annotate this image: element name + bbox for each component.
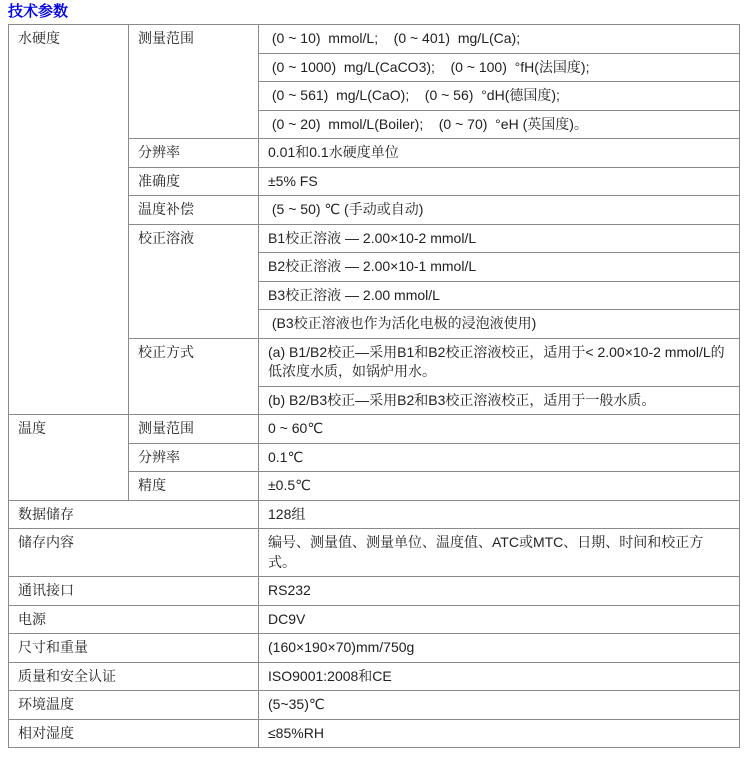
- value-cell-cal-method-a: (a) B1/B2校正—采用B1和B2校正溶液校正，适用于< 2.00×10-2…: [259, 338, 740, 386]
- value-cell-temp-precision: ±0.5℃: [259, 472, 740, 501]
- value-cell-cal-method-b: (b) B2/B3校正—采用B2和B3校正溶液校正，适用于一般水质。: [259, 386, 740, 415]
- value-cell-temp-resolution: 0.1℃: [259, 443, 740, 472]
- param-cell-cal-solution: 校正溶液: [129, 224, 259, 338]
- label-cell-ambient-temp: 环境温度: [9, 691, 259, 720]
- label-cell-power: 电源: [9, 605, 259, 634]
- value-cell-cal-b2: B2校正溶液 — 2.00×10-1 mmol/L: [259, 253, 740, 282]
- label-cell-relative-humidity: 相对湿度: [9, 719, 259, 748]
- spec-page: 技术参数 水硬度 测量范围 (0 ~ 10) mmol/L; (0 ~ 401)…: [0, 0, 750, 780]
- table-row: 质量和安全认证 ISO9001:2008和CE: [9, 662, 740, 691]
- value-cell-range-1: (0 ~ 10) mmol/L; (0 ~ 401) mg/L(Ca);: [259, 25, 740, 54]
- table-row: 相对湿度 ≤85%RH: [9, 719, 740, 748]
- category-cell-hardness: 水硬度: [9, 25, 129, 415]
- table-row: 温度 测量范围 0 ~ 60℃: [9, 415, 740, 444]
- label-cell-comm-port: 通讯接口: [9, 577, 259, 606]
- param-cell-range: 测量范围: [129, 25, 259, 139]
- value-cell-range-4: (0 ~ 20) mmol/L(Boiler); (0 ~ 70) °eH (英…: [259, 110, 740, 139]
- spec-table: 水硬度 测量范围 (0 ~ 10) mmol/L; (0 ~ 401) mg/L…: [8, 24, 740, 748]
- value-cell-relative-humidity: ≤85%RH: [259, 719, 740, 748]
- value-cell-certification: ISO9001:2008和CE: [259, 662, 740, 691]
- label-cell-storage-content: 储存内容: [9, 529, 259, 577]
- param-cell-temp-precision: 精度: [129, 472, 259, 501]
- value-cell-range-3: (0 ~ 561) mg/L(CaO); (0 ~ 56) °dH(德国度);: [259, 82, 740, 111]
- param-cell-temp-comp: 温度补偿: [129, 196, 259, 225]
- table-row: 尺寸和重量 (160×190×70)mm/750g: [9, 634, 740, 663]
- value-cell-ambient-temp: (5~35)℃: [259, 691, 740, 720]
- value-cell-cal-note: (B3校正溶液也作为活化电极的浸泡液使用): [259, 310, 740, 339]
- param-cell-cal-method: 校正方式: [129, 338, 259, 415]
- label-cell-size-weight: 尺寸和重量: [9, 634, 259, 663]
- param-cell-accuracy: 准确度: [129, 167, 259, 196]
- table-row: 水硬度 测量范围 (0 ~ 10) mmol/L; (0 ~ 401) mg/L…: [9, 25, 740, 54]
- category-cell-temperature: 温度: [9, 415, 129, 501]
- param-cell-resolution: 分辨率: [129, 139, 259, 168]
- value-cell-storage-content: 编号、测量值、测量单位、温度值、ATC或MTC、日期、时间和校正方式。: [259, 529, 740, 577]
- value-cell-cal-b1: B1校正溶液 — 2.00×10-2 mmol/L: [259, 224, 740, 253]
- value-cell-data-storage: 128组: [259, 500, 740, 529]
- table-row: 电源 DC9V: [9, 605, 740, 634]
- value-cell-power: DC9V: [259, 605, 740, 634]
- value-cell-range-2: (0 ~ 1000) mg/L(CaCO3); (0 ~ 100) °fH(法国…: [259, 53, 740, 82]
- value-cell-resolution: 0.01和0.1水硬度单位: [259, 139, 740, 168]
- value-cell-comm-port: RS232: [259, 577, 740, 606]
- label-cell-certification: 质量和安全认证: [9, 662, 259, 691]
- page-title: 技术参数: [8, 2, 742, 21]
- label-cell-data-storage: 数据储存: [9, 500, 259, 529]
- param-cell-temp-range: 测量范围: [129, 415, 259, 444]
- value-cell-accuracy: ±5% FS: [259, 167, 740, 196]
- value-cell-temp-comp: (5 ~ 50) ℃ (手动或自动): [259, 196, 740, 225]
- table-row: 储存内容 编号、测量值、测量单位、温度值、ATC或MTC、日期、时间和校正方式。: [9, 529, 740, 577]
- value-cell-temp-range: 0 ~ 60℃: [259, 415, 740, 444]
- param-cell-temp-resolution: 分辨率: [129, 443, 259, 472]
- table-row: 环境温度 (5~35)℃: [9, 691, 740, 720]
- value-cell-cal-b3: B3校正溶液 — 2.00 mmol/L: [259, 281, 740, 310]
- value-cell-size-weight: (160×190×70)mm/750g: [259, 634, 740, 663]
- table-row: 数据储存 128组: [9, 500, 740, 529]
- table-row: 通讯接口 RS232: [9, 577, 740, 606]
